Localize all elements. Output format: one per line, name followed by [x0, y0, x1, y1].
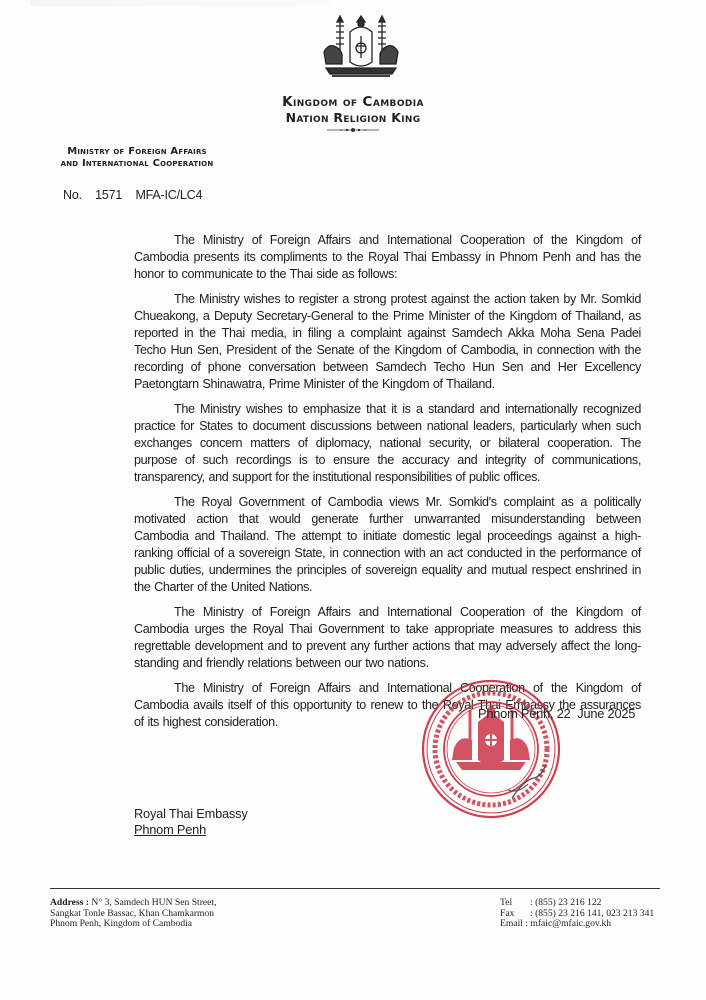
addressee-block: Royal Thai Embassy Phnom Penh: [134, 806, 248, 838]
address-line-1: N° 3, Samdech HUN Sen Street,: [91, 897, 216, 908]
reference-prefix: No.: [63, 188, 82, 202]
footer-address: Address : N° 3, Samdech HUN Sen Street, …: [50, 898, 217, 930]
scan-artifact: [30, 0, 330, 6]
footer-contact: Tel: (855) 23 216 122 Fax: (855) 23 216 …: [500, 898, 654, 930]
country-name: Kingdom of Cambodia: [282, 94, 424, 110]
note-body: The Ministry of Foreign Affairs and Inte…: [134, 232, 641, 739]
diplomatic-note-page: Kingdom of Cambodia Nation Religion King…: [0, 0, 706, 1000]
divider-ornament-icon: [325, 127, 381, 133]
ministry-heading: Ministry of Foreign Affairs and Internat…: [22, 146, 252, 170]
paragraph: The Ministry of Foreign Affairs and Inte…: [134, 232, 641, 283]
email-value: : mfaic@mfaic.gov.kh: [525, 918, 611, 929]
reference-code: MFA-IC/LC4: [135, 188, 202, 202]
ministry-line-2: and International Cooperation: [22, 158, 252, 170]
paragraph: The Ministry wishes to emphasize that it…: [134, 401, 641, 486]
fax-value: : (855) 23 216 141, 023 213 341: [530, 908, 654, 919]
dateline: Phnom Penh, 22 June 2025: [478, 706, 635, 721]
reference-number-value: 1571: [95, 188, 122, 202]
paragraph: The Ministry of Foreign Affairs and Inte…: [134, 604, 641, 672]
country-heading: Kingdom of Cambodia: [0, 94, 706, 110]
ministry-line-1: Ministry of Foreign Affairs: [22, 146, 252, 158]
addressee-city: Phnom Penh: [134, 822, 248, 838]
address-label: Address :: [50, 897, 89, 908]
reference-number: No. 1571 MFA-IC/LC4: [63, 188, 212, 202]
email-label: Email: [500, 918, 523, 929]
paragraph: The Ministry wishes to register a strong…: [134, 291, 641, 393]
royal-coat-of-arms-icon: [316, 12, 406, 84]
address-line-3: Phnom Penh, Kingdom of Cambodia: [50, 919, 217, 930]
footer-divider: [50, 888, 660, 890]
motto-heading: Nation Religion King: [0, 110, 706, 125]
ministry-seal-icon: [420, 678, 562, 820]
dateline-date: 22 June 2025: [557, 706, 636, 721]
tel-label: Tel: [500, 898, 530, 909]
addressee-name: Royal Thai Embassy: [134, 806, 248, 822]
tel-value: : (855) 23 216 122: [530, 897, 601, 908]
national-motto: Nation Religion King: [286, 110, 421, 125]
dateline-place: Phnom Penh,: [478, 706, 553, 721]
paragraph: The Royal Government of Cambodia views M…: [134, 494, 641, 596]
